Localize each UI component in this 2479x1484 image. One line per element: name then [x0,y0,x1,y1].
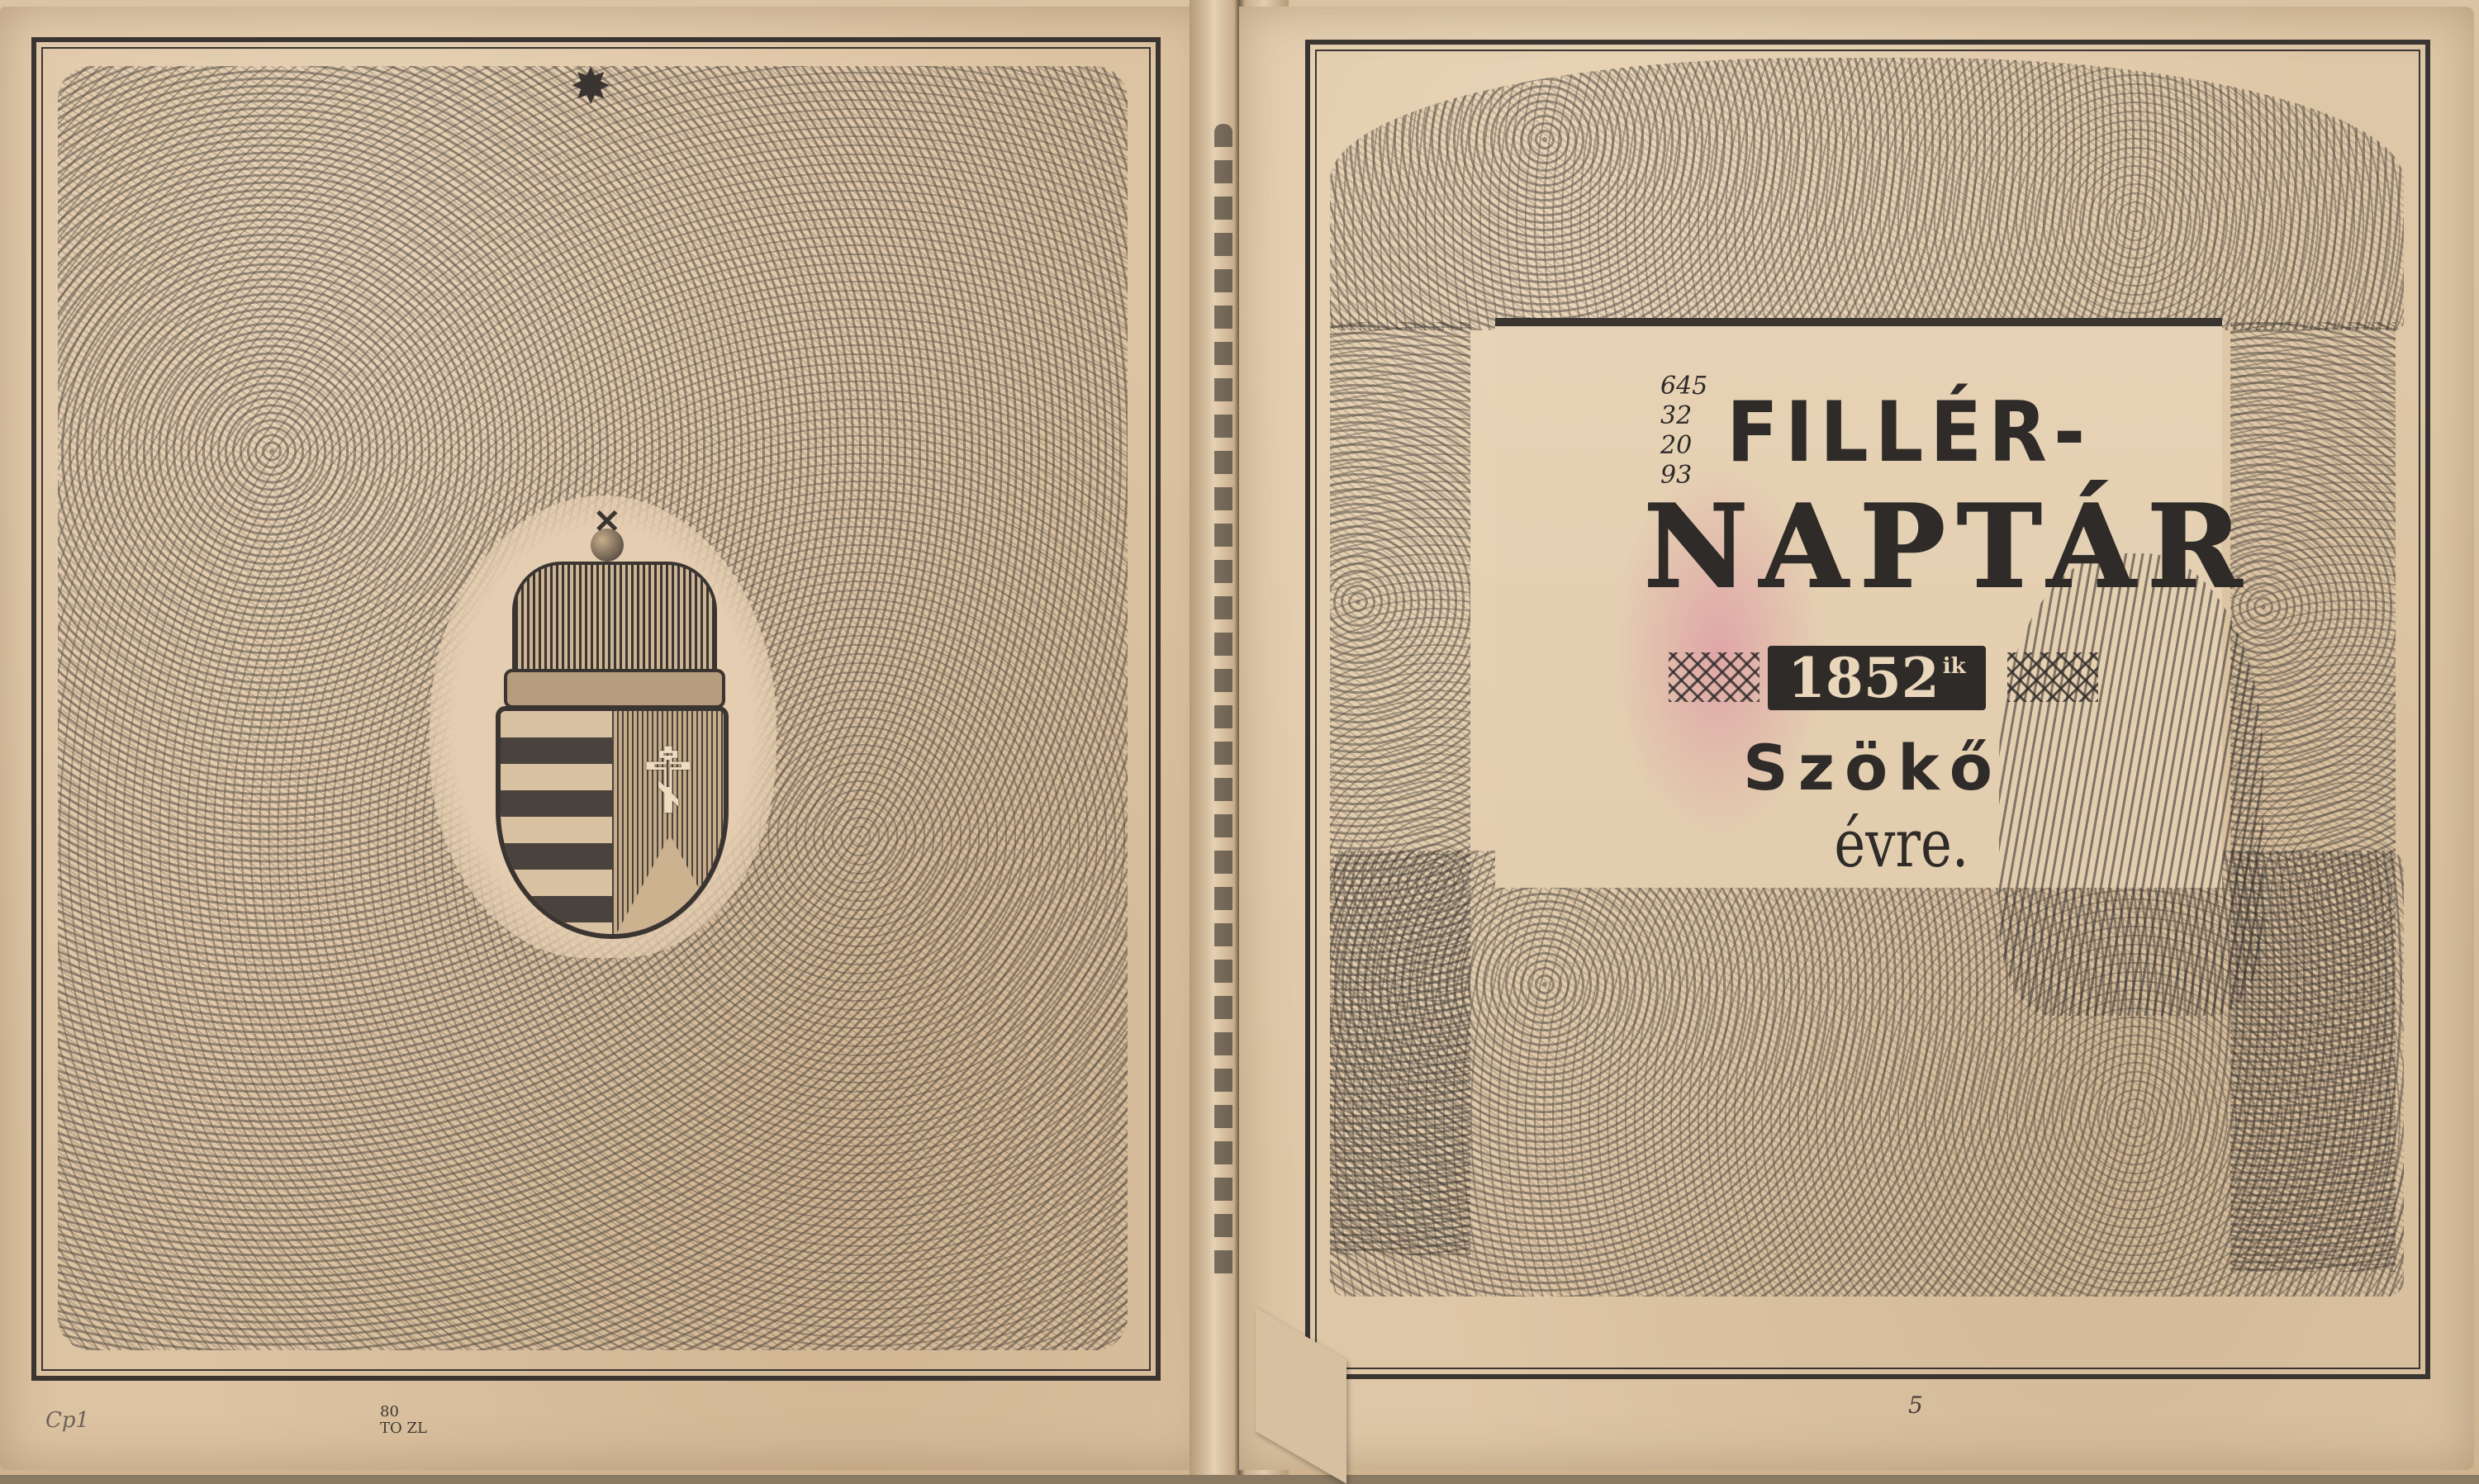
foliage-arch [1330,58,2404,330]
almanac-scan: ✸ ✕ ☦ Cp1 80 TO ZL 645 32 20 93 FILLÉR- … [0,0,2479,1475]
striped-field [501,711,615,934]
triple-hill-icon [616,835,724,934]
seated-figure [1999,553,2263,1016]
coat-of-arms: ✕ ☦ [487,512,735,925]
pencil-mark: Cp1 [45,1408,89,1433]
year-badge: 1852 ik [1768,646,1986,710]
crown-icon [512,562,717,684]
year-suffix: ik [1943,654,1966,679]
shield-icon: ☦ [496,706,729,939]
year: 1852 [1788,646,1940,710]
crown-band [504,669,725,709]
title-line-1: FILLÉR- [1726,384,2092,481]
stamp-line: 80 [380,1404,427,1420]
diamond-ornament-right [2007,652,2098,702]
orb-icon [591,529,624,562]
diamond-ornament-left [1669,652,1760,702]
double-cross-icon: ☦ [639,736,697,827]
subtitle-line-2: évre. [1834,805,1968,882]
stamp: 80 TO ZL [380,1404,427,1437]
subtitle-line-1: Szökő [1743,731,2002,804]
stamp-line: TO ZL [380,1420,427,1437]
star-icon: ✸ [570,58,611,116]
title-line-2: NAPTÁR [1644,479,2253,614]
spine-ornament [1214,124,1232,1280]
pencil-mark-front: 5 [1908,1392,1923,1419]
